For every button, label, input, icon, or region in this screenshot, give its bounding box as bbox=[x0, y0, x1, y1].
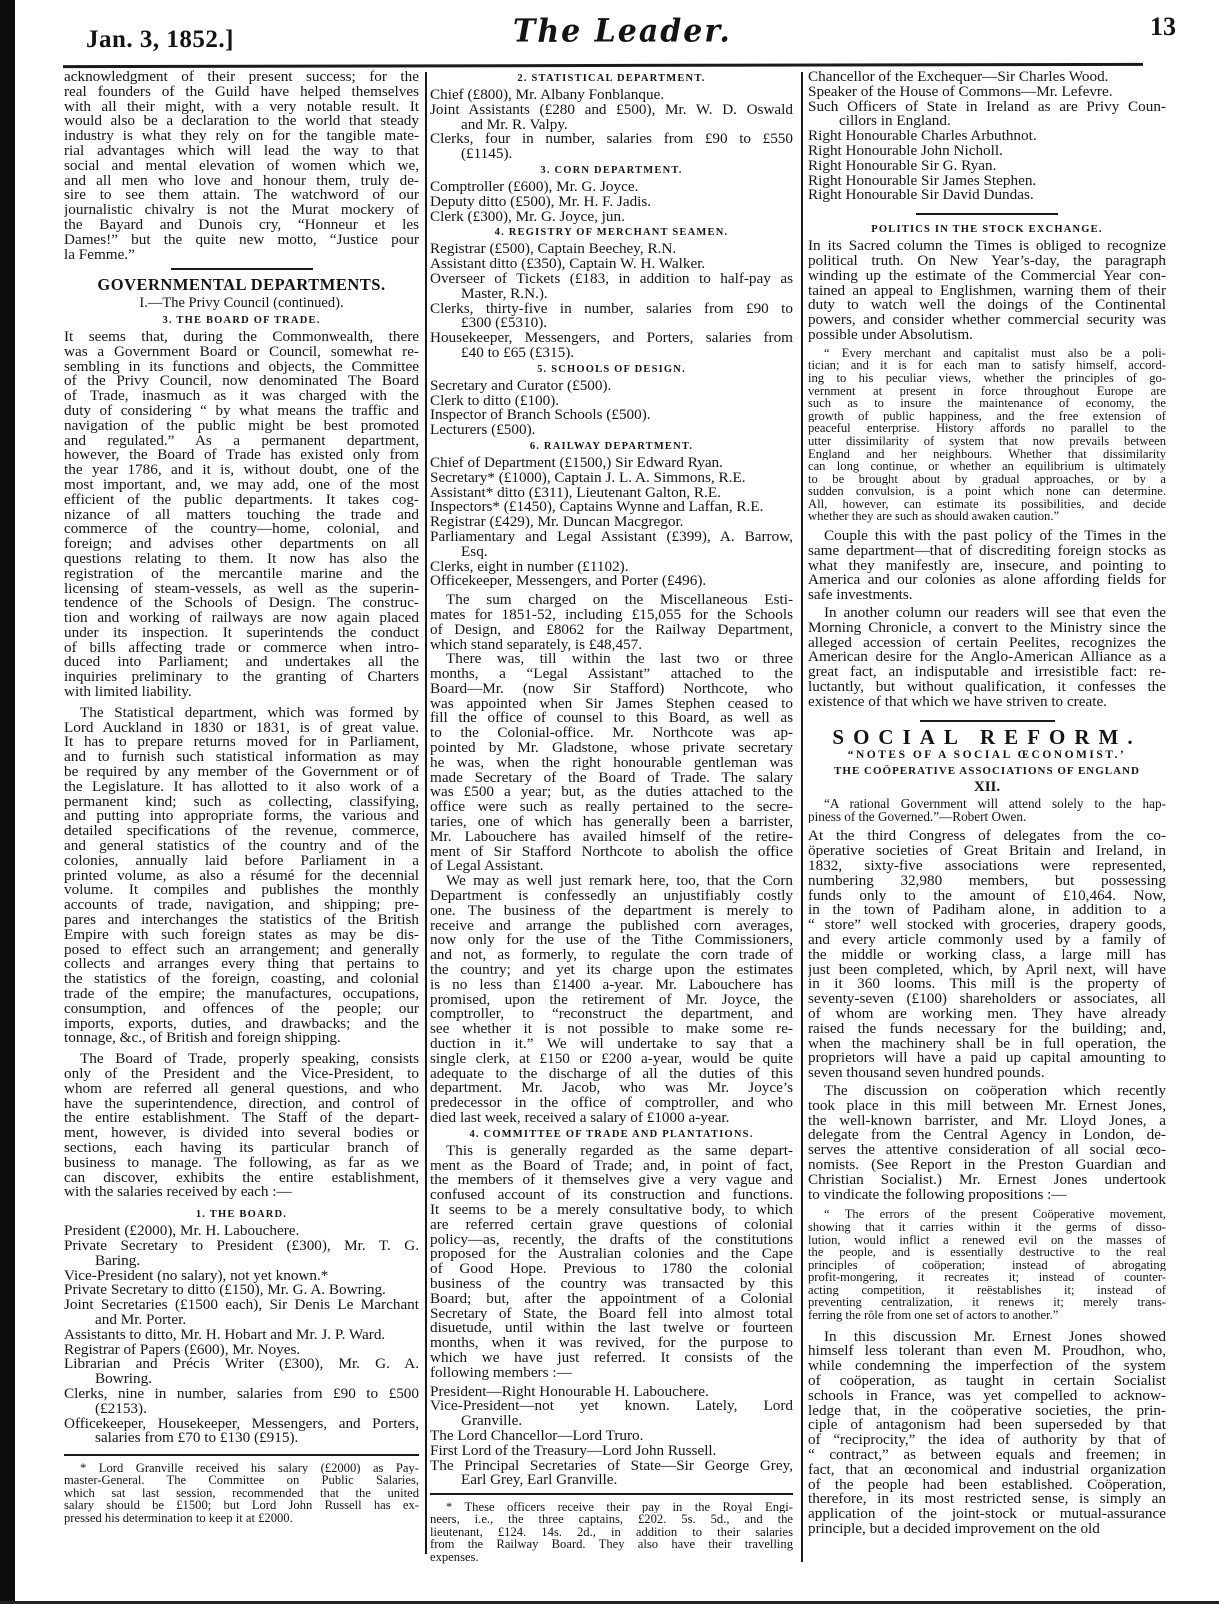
text-line: which we have just referred. It consists… bbox=[430, 1351, 793, 1366]
board-proper-paragraph: The Board of Trade, properly speaking, c… bbox=[64, 1052, 419, 1200]
list-entry: Such Officers of State in Ireland as are… bbox=[808, 100, 1166, 130]
text-line: Board—Mr. (now Sir Stafford) Northcote, … bbox=[430, 682, 793, 697]
text-line: * Lord Granville received his salary (£2… bbox=[64, 1462, 419, 1475]
text-line: duty of considering “ by what means the … bbox=[64, 404, 419, 419]
text-line: and general statistics of the country an… bbox=[64, 839, 419, 854]
list-entry: Speaker of the House of Commons—Mr. Lefe… bbox=[808, 85, 1166, 100]
entry-line: Master, R.N.). bbox=[430, 287, 793, 302]
text-line: see whether it is not possible to make s… bbox=[430, 1022, 793, 1037]
text-line: possible under Absolutism. bbox=[808, 328, 1166, 343]
cooperative-subheading: THE COÖPERATIVE ASSOCIATIONS OF ENGLAND bbox=[808, 764, 1166, 778]
schools-list: Secretary and Curator (£500).Clerk to di… bbox=[430, 379, 793, 438]
text-line: however, the Board of Trade has existed … bbox=[64, 448, 419, 463]
entry-line: Assistants to ditto, Mr. H. Hobart and M… bbox=[64, 1328, 419, 1343]
text-line: which sat last session, recommended that… bbox=[64, 1487, 419, 1500]
text-line: England and her neighbours. Whether that… bbox=[808, 448, 1166, 461]
epigraph: “A rational Government will attend solel… bbox=[808, 798, 1166, 823]
text-line: ciple of antagonism had been superseded … bbox=[808, 1418, 1166, 1433]
text-line: principle, but a decided improvement on … bbox=[808, 1522, 1166, 1537]
text-line: mates for 1851-52, including £15,055 for… bbox=[430, 608, 793, 623]
text-line: proposed for the Australian colonies and… bbox=[430, 1247, 793, 1262]
entry-line: Registrar (£429), Mr. Duncan Macgregor. bbox=[430, 515, 793, 530]
list-entry: Officekeeper, Messengers, and Porter (£4… bbox=[430, 574, 793, 589]
times-quote: “ Every merchant and capitalist must als… bbox=[808, 347, 1166, 523]
entry-line: Officekeeper, Housekeeper, Messengers, a… bbox=[64, 1417, 419, 1432]
the-board-heading: 1. THE BOARD. bbox=[64, 1208, 419, 1222]
text-line: All, however, can estimate its possibili… bbox=[808, 498, 1166, 511]
text-line: ferring the rôle from one set of actors … bbox=[808, 1309, 1166, 1322]
entry-line: Deputy ditto (£500), Mr. H. F. Jadis. bbox=[430, 195, 793, 210]
statistical-list: Chief (£800), Mr. Albany Fonblanque.Join… bbox=[430, 88, 793, 162]
text-line: business to manage. The following, as fa… bbox=[64, 1156, 419, 1171]
entry-line: Chancellor of the Exchequer—Sir Charles … bbox=[808, 70, 1166, 85]
entry-line: Assistant* ditto (£311), Lieutenant Galt… bbox=[430, 486, 793, 501]
text-line: nomists. (See Report in the Preston Guar… bbox=[808, 1158, 1166, 1173]
text-line: expenses. bbox=[430, 1551, 793, 1564]
text-line: fill the office of counsel to this Board… bbox=[430, 711, 793, 726]
text-line: The Board of Trade, properly speaking, c… bbox=[64, 1052, 419, 1067]
text-line: what they manifestly are, insecure, and … bbox=[808, 559, 1166, 574]
text-line: and regulated.” As a permanent departmen… bbox=[64, 434, 419, 449]
text-line: registration of the mercantile marine an… bbox=[64, 567, 419, 582]
text-line: raised the funds necessary for the build… bbox=[808, 1022, 1166, 1037]
entry-line: Right Honourable Sir James Stephen. bbox=[808, 174, 1166, 189]
list-entry: Vice-President—not yet known. Lately, Lo… bbox=[430, 1399, 793, 1429]
entry-line: Chief (£800), Mr. Albany Fonblanque. bbox=[430, 88, 793, 103]
text-line: tician; and it is for each man to satisf… bbox=[808, 359, 1166, 372]
text-line: predecessor in the office of comptroller… bbox=[430, 1096, 793, 1111]
text-line: principles of coöperation; instead of ab… bbox=[808, 1259, 1166, 1272]
entry-line: The Principal Secretaries of State—Sir G… bbox=[430, 1459, 793, 1474]
text-line: of Legal Assistant. bbox=[430, 859, 793, 874]
list-entry: Housekeeper, Messengers, and Porters, sa… bbox=[430, 331, 793, 361]
text-line: sembling in its functions and objects, t… bbox=[64, 360, 419, 375]
discussion-paragraph: The discussion on coöperation which rece… bbox=[808, 1084, 1166, 1202]
text-line: imports, exports, duties, and drawbacks;… bbox=[64, 1017, 419, 1032]
morning-chronicle-paragraph: In another column our readers will see t… bbox=[808, 606, 1166, 710]
entry-line: cillors in England. bbox=[808, 114, 1166, 129]
list-entry: Assistant ditto (£350), Captain W. H. Wa… bbox=[430, 257, 793, 272]
text-line: navigation of the public might be best p… bbox=[64, 419, 419, 434]
entry-line: Lecturers (£500). bbox=[430, 423, 793, 438]
list-entry: Deputy ditto (£500), Mr. H. F. Jadis. bbox=[430, 195, 793, 210]
entry-line: Comptroller (£600), Mr. G. Joyce. bbox=[430, 180, 793, 195]
corn-paragraph: We may as well just remark here, too, th… bbox=[430, 874, 793, 1126]
text-line: sudden convulsion, is a point which none… bbox=[808, 485, 1166, 498]
entry-line: Vice-President—not yet known. Lately, Lo… bbox=[430, 1399, 793, 1414]
text-line: months, when it was revived, for the pur… bbox=[430, 1336, 793, 1351]
text-line: öperative societies of Great Britain and… bbox=[808, 844, 1166, 859]
text-line: proprietors will have a paid up capital … bbox=[808, 1051, 1166, 1066]
text-line: * These officers receive their pay in th… bbox=[430, 1501, 793, 1514]
list-entry: Chief of Department (£1500,) Sir Edward … bbox=[430, 456, 793, 471]
text-line: the members of it themselves give a very… bbox=[430, 1173, 793, 1188]
text-line: utter dissimilarity of system that now p… bbox=[808, 435, 1166, 448]
list-entry: Secretary* (£1000), Captain J. L. A. Sim… bbox=[430, 471, 793, 486]
entry-line: Clerks, four in number, salaries from £9… bbox=[430, 132, 793, 147]
text-line: which stand separately, is £48,457. bbox=[430, 638, 793, 653]
statistical-paragraph: The Statistical department, which was fo… bbox=[64, 706, 419, 1046]
text-line: of coöperation, as taught in certain Soc… bbox=[808, 1374, 1166, 1389]
list-entry: Joint Secretaries (£1500 each), Sir Deni… bbox=[64, 1298, 419, 1328]
list-entry: Clerk to ditto (£100). bbox=[430, 394, 793, 409]
column-3: Chancellor of the Exchequer—Sir Charles … bbox=[808, 70, 1166, 1537]
text-line: 1832, sixty-five associations were repre… bbox=[808, 859, 1166, 874]
text-line: application of the joint-stock or mutual… bbox=[808, 1507, 1166, 1522]
text-line: made Secretary of the Board of Trade. Th… bbox=[430, 771, 793, 786]
text-line: ment, however, is divided into several b… bbox=[64, 1126, 419, 1141]
text-line: pressed his determination to keep it at … bbox=[64, 1512, 419, 1525]
text-line: the country; and yet its charge upon the… bbox=[430, 963, 793, 978]
text-line: posed to effect such an arrangement; and… bbox=[64, 943, 419, 958]
text-line: volume. It compiles and publishes the mo… bbox=[64, 883, 419, 898]
text-line: department. Mr. Jacob, who was Mr. Joyce… bbox=[430, 1081, 793, 1096]
list-entry: Secretary and Curator (£500). bbox=[430, 379, 793, 394]
text-line: be required by any member of the Governm… bbox=[64, 765, 419, 780]
entry-line: Right Honourable John Nicholl. bbox=[808, 144, 1166, 159]
text-line: profit-mongering, it recreates it; inste… bbox=[808, 1271, 1166, 1284]
entry-line: and Mr. Porter. bbox=[64, 1313, 419, 1328]
text-line: Department is confessedly an unjustifiab… bbox=[430, 889, 793, 904]
text-line: It seems to be a merely consultative bod… bbox=[430, 1203, 793, 1218]
text-line: Lord Auckland in 1830 or 1831, is of gre… bbox=[64, 721, 419, 736]
text-line: efficient of the public departments. It … bbox=[64, 493, 419, 508]
list-entry: Right Honourable Sir James Stephen. bbox=[808, 174, 1166, 189]
text-line: inquiries preliminary to the granting of… bbox=[64, 670, 419, 685]
committee-heading: 4. COMMITTEE OF TRADE AND PLANTATIONS. bbox=[430, 1128, 793, 1142]
list-entry: Chief (£800), Mr. Albany Fonblanque. bbox=[430, 88, 793, 103]
list-entry: Private Secretary to ditto (£150), Mr. G… bbox=[64, 1283, 419, 1298]
column-1: acknowledgment of their present success;… bbox=[64, 70, 419, 1525]
text-line: accounts of trade, navigation, and shipp… bbox=[64, 898, 419, 913]
text-line: to be brought about by gradual approache… bbox=[808, 473, 1166, 486]
masthead-title: The Leader. bbox=[513, 13, 732, 50]
text-line: existence of that which we have striven … bbox=[808, 695, 1166, 710]
list-entry: Overseer of Tickets (£183, in addition t… bbox=[430, 272, 793, 302]
entry-line: Secretary and Curator (£500). bbox=[430, 379, 793, 394]
text-line: adequate to the discharge of all the dut… bbox=[430, 1067, 793, 1082]
entry-line: Assistant ditto (£350), Captain W. H. Wa… bbox=[430, 257, 793, 272]
text-line: the entire establishment. The Staff of t… bbox=[64, 1111, 419, 1126]
text-line: licensing of steam-vessels, as well as t… bbox=[64, 582, 419, 597]
text-line: and all men who love and honour them, tr… bbox=[64, 174, 419, 189]
list-entry: Clerk (£300), Mr. G. Joyce, jun. bbox=[430, 210, 793, 225]
text-line: of Good Hope. Previous to 1780 the colon… bbox=[430, 1262, 793, 1277]
intro-paragraph: acknowledgment of their present success;… bbox=[64, 70, 419, 262]
entry-line: Vice-President (no salary), not yet know… bbox=[64, 1269, 419, 1284]
text-line: with all their might, with a very notabl… bbox=[64, 100, 419, 115]
text-line: one. The business of the department is m… bbox=[430, 904, 793, 919]
list-entry: Registrar of Papers (£600), Mr. Noyes. bbox=[64, 1343, 419, 1358]
entry-line: Librarian and Précis Writer (£300), Mr. … bbox=[64, 1357, 419, 1372]
text-line: the statistics of the foreign, coasting,… bbox=[64, 972, 419, 987]
text-line: to the Colonial-office. Mr. Northcote wa… bbox=[430, 726, 793, 741]
text-line: delegate from the Central Agency in Lond… bbox=[808, 1128, 1166, 1143]
text-line: can long continue, or whether an equilib… bbox=[808, 460, 1166, 473]
text-line: of Design, and £8062 for the Railway Dep… bbox=[430, 623, 793, 638]
entry-line: Inspectors* (£1450), Captains Wynne and … bbox=[430, 500, 793, 515]
entry-line: Housekeeper, Messengers, and Porters, sa… bbox=[430, 331, 793, 346]
text-line: and not, as formerly, to regulate the co… bbox=[430, 948, 793, 963]
list-entry: Registrar (£429), Mr. Duncan Macgregor. bbox=[430, 515, 793, 530]
text-line: most important, and, we may add, one of … bbox=[64, 478, 419, 493]
text-line: seven thousand seven hundred pounds. bbox=[808, 1066, 1166, 1081]
list-entry: President—Right Honourable H. Labouchere… bbox=[430, 1385, 793, 1400]
footnote: * Lord Granville received his salary (£2… bbox=[64, 1462, 419, 1525]
text-line: America and our colonies as alone afford… bbox=[808, 573, 1166, 588]
text-line: ledge that, in the coöperative societies… bbox=[808, 1404, 1166, 1419]
railway-heading: 6. RAILWAY DEPARTMENT. bbox=[430, 440, 793, 454]
text-line: months, a “Legal Assistant” attached to … bbox=[430, 667, 793, 682]
column-2: 2. STATISTICAL DEPARTMENT. Chief (£800),… bbox=[430, 70, 793, 1564]
entry-line: Baring. bbox=[64, 1254, 419, 1269]
text-line: died last week, received a salary of £10… bbox=[430, 1111, 793, 1126]
text-line: single clerk, at £150 or £200 a-year, wo… bbox=[430, 1052, 793, 1067]
entry-line: Bowring. bbox=[64, 1372, 419, 1387]
entry-line: Clerks, eight in number (£1102). bbox=[430, 560, 793, 575]
text-line: Christian Socialist.) Mr. Ernest Jones u… bbox=[808, 1173, 1166, 1188]
text-line: whether they are such as should awaken c… bbox=[808, 510, 1166, 523]
committee-paragraph: This is generally regarded as the same d… bbox=[430, 1144, 793, 1381]
entry-line: Clerks, thirty-five in number, salaries … bbox=[430, 302, 793, 317]
stock-exchange-paragraph: In its Sacred column the Times is oblige… bbox=[808, 239, 1166, 343]
entry-line: Clerks, nine in number, salaries from £9… bbox=[64, 1387, 419, 1402]
text-line: the middle or working class, a large mil… bbox=[808, 948, 1166, 963]
text-line: “ The errors of the present Coöperative … bbox=[808, 1208, 1166, 1221]
list-entry: The Principal Secretaries of State—Sir G… bbox=[430, 1459, 793, 1489]
text-line: the year 1786, and it is, without doubt,… bbox=[64, 463, 419, 478]
registry-list: Registrar (£500), Captain Beechey, R.N.A… bbox=[430, 242, 793, 360]
text-line: ment of Sir Stafford Northcote to abolis… bbox=[430, 845, 793, 860]
list-entry: Clerks, thirty-five in number, salaries … bbox=[430, 302, 793, 332]
text-line: Secretary of State, the Board fell into … bbox=[430, 1307, 793, 1322]
text-line: business of the country was transacted b… bbox=[430, 1277, 793, 1292]
footnote-rule bbox=[430, 1493, 793, 1495]
board-of-trade-paragraph: It seems that, during the Commonwealth, … bbox=[64, 330, 419, 700]
list-entry: Officekeeper, Housekeeper, Messengers, a… bbox=[64, 1417, 419, 1447]
text-line: of “reciprocity,” the idea of authority … bbox=[808, 1433, 1166, 1448]
text-line: duty to watch well the doings of the Con… bbox=[808, 298, 1166, 313]
text-line: political truth. On New Year’s-day, the … bbox=[808, 254, 1166, 269]
entry-line: Private Secretary to President (£300), M… bbox=[64, 1239, 419, 1254]
text-line: In another column our readers will see t… bbox=[808, 606, 1166, 621]
text-line: to vindicate the following propositions … bbox=[808, 1188, 1166, 1203]
text-line: comptroller, to “reconstruct the departm… bbox=[430, 1007, 793, 1022]
entry-line: £300 (£5310). bbox=[430, 316, 793, 331]
text-line: acknowledgment of their present success;… bbox=[64, 70, 419, 85]
text-line: peaceful enterprise. History affords no … bbox=[808, 422, 1166, 435]
text-line: Mr. Labouchere has availed himself of th… bbox=[430, 830, 793, 845]
sum-paragraph: The sum charged on the Miscellaneous Est… bbox=[430, 593, 793, 652]
text-line: commerce of the country—home, colonial, … bbox=[64, 522, 419, 537]
entry-line: (£1145). bbox=[430, 147, 793, 162]
text-line: receive and arrange the published corn a… bbox=[430, 919, 793, 934]
entry-line: Clerk to ditto (£100). bbox=[430, 394, 793, 409]
entry-line: President—Right Honourable H. Labouchere… bbox=[430, 1385, 793, 1400]
text-line: and every article commonly used by a fam… bbox=[808, 933, 1166, 948]
text-line: There was, till within the last two or t… bbox=[430, 652, 793, 667]
statistical-heading: 2. STATISTICAL DEPARTMENT. bbox=[430, 72, 793, 86]
text-line: rial advantages which will lead the way … bbox=[64, 144, 419, 159]
text-line: permanent kind; such as collecting, clas… bbox=[64, 795, 419, 810]
entry-line: Chief of Department (£1500,) Sir Edward … bbox=[430, 456, 793, 471]
text-line: collects and arranges every thing that p… bbox=[64, 957, 419, 972]
list-entry: Registrar (£500), Captain Beechey, R.N. bbox=[430, 242, 793, 257]
footnote-rule bbox=[64, 1454, 419, 1456]
text-line: “ store” well stocked with groceries, dr… bbox=[808, 918, 1166, 933]
text-line: Board; but, after the appointment of a C… bbox=[430, 1292, 793, 1307]
entry-line: Inspector of Branch Schools (£500). bbox=[430, 408, 793, 423]
text-line: would also be a declaration to the world… bbox=[64, 114, 419, 129]
text-line: and to furnish such statistical informat… bbox=[64, 750, 419, 765]
list-entry: Inspector of Branch Schools (£500). bbox=[430, 408, 793, 423]
list-entry: President (£2000), Mr. H. Labouchere. bbox=[64, 1224, 419, 1239]
list-entry: Chancellor of the Exchequer—Sir Charles … bbox=[808, 70, 1166, 85]
text-line: duced into Parliament; and undertakes al… bbox=[64, 655, 419, 670]
text-line: numbering 32,980 members, but possessing bbox=[808, 874, 1166, 889]
list-entry: Private Secretary to President (£300), M… bbox=[64, 1239, 419, 1269]
text-line: in it 360 looms. This mill is the proper… bbox=[808, 977, 1166, 992]
text-line: the well-known barrister, and Mr. Lloyd … bbox=[808, 1114, 1166, 1129]
text-line: tendence of the Schools of Design. The c… bbox=[64, 596, 419, 611]
issue-date: Jan. 3, 1852.] bbox=[86, 26, 234, 54]
list-entry: Clerks, eight in number (£1102). bbox=[430, 560, 793, 575]
text-line: sire to see them attain. The watchword o… bbox=[64, 188, 419, 203]
text-line: “ contract,” as between equals and freem… bbox=[808, 1448, 1166, 1463]
the-board-list: President (£2000), Mr. H. Labouchere.Pri… bbox=[64, 1224, 419, 1446]
text-line: growth of public happiness, and the free… bbox=[808, 410, 1166, 423]
entry-line: President (£2000), Mr. H. Labouchere. bbox=[64, 1224, 419, 1239]
list-entry: Right Honourable John Nicholl. bbox=[808, 144, 1166, 159]
list-entry: Inspectors* (£1450), Captains Wynne and … bbox=[430, 500, 793, 515]
text-line: duction in it.” We will undertake to say… bbox=[430, 1037, 793, 1052]
column-divider-2 bbox=[801, 72, 803, 1562]
notes-subheading: “NOTES OF A SOCIAL ŒCONOMIST.’ bbox=[808, 748, 1166, 762]
page-header: Jan. 3, 1852.] The Leader. 13 bbox=[0, 0, 1219, 70]
text-line: We may as well just remark here, too, th… bbox=[430, 874, 793, 889]
members-continued-list: Chancellor of the Exchequer—Sir Charles … bbox=[808, 70, 1166, 203]
congress-paragraph: At the third Congress of delegates from … bbox=[808, 829, 1166, 1081]
text-line: tion and working of railways are now aga… bbox=[64, 611, 419, 626]
column-divider-1 bbox=[425, 72, 427, 1554]
text-line: pares and interchanges the statistics of… bbox=[64, 913, 419, 928]
text-line: sections, each having its particular bra… bbox=[64, 1141, 419, 1156]
text-line: serves the attentive consideration of al… bbox=[808, 1143, 1166, 1158]
entry-line: Right Honourable Sir David Dundas. bbox=[808, 188, 1166, 203]
text-line: are referred certain grave questions of … bbox=[430, 1218, 793, 1233]
text-line: lution, would inflict a renewed evil on … bbox=[808, 1234, 1166, 1247]
entry-line: Secretary* (£1000), Captain J. L. A. Sim… bbox=[430, 471, 793, 486]
text-line: alleged accession of certain Peelites, r… bbox=[808, 636, 1166, 651]
scan-left-edge bbox=[0, 0, 15, 1604]
entry-line: Esq. bbox=[430, 545, 793, 560]
list-entry: Assistants to ditto, Mr. H. Hobart and M… bbox=[64, 1328, 419, 1343]
text-line: under its inspection. It superintends th… bbox=[64, 626, 419, 641]
entry-line: Officekeeper, Messengers, and Porter (£4… bbox=[430, 574, 793, 589]
entry-line: £40 to £65 (£315). bbox=[430, 346, 793, 361]
text-line: The Statistical department, which was fo… bbox=[64, 706, 419, 721]
text-line: detailed specifications of the revenue, … bbox=[64, 824, 419, 839]
list-entry: Assistant* ditto (£311), Lieutenant Galt… bbox=[430, 486, 793, 501]
list-entry: Vice-President (no salary), not yet know… bbox=[64, 1269, 419, 1284]
entry-line: Parliamentary and Legal Assistant (£399)… bbox=[430, 530, 793, 545]
railway-list: Chief of Department (£1500,) Sir Edward … bbox=[430, 456, 793, 589]
entry-line: Joint Secretaries (£1500 each), Sir Deni… bbox=[64, 1298, 419, 1313]
entry-line: Registrar of Papers (£600), Mr. Noyes. bbox=[64, 1343, 419, 1358]
text-line: It seems that, during the Commonwealth, … bbox=[64, 330, 419, 345]
text-line: following members :— bbox=[430, 1366, 793, 1381]
text-line: social and mental elevation of women whi… bbox=[64, 159, 419, 174]
text-line: At the third Congress of delegates from … bbox=[808, 829, 1166, 844]
article-number: XII. bbox=[808, 780, 1166, 795]
list-entry: Clerks, nine in number, salaries from £9… bbox=[64, 1387, 419, 1417]
text-line: It has to prepare returns moved for in P… bbox=[64, 735, 419, 750]
text-line: while condemning the imperfection of the… bbox=[808, 1359, 1166, 1374]
text-line: acting competition, it reëstablishes it;… bbox=[808, 1284, 1166, 1297]
text-line: is no less than £1400 a-year. Mr. Labouc… bbox=[430, 978, 793, 993]
text-line: of the people had been established. Coöp… bbox=[808, 1478, 1166, 1493]
text-line: office were such as really pertained to … bbox=[430, 800, 793, 815]
text-line: vernment at present in force throughout … bbox=[808, 385, 1166, 398]
text-line: ment as the Board of Trade; and, in poin… bbox=[430, 1159, 793, 1174]
section-rule bbox=[920, 720, 1055, 722]
entry-line: Registrar (£500), Captain Beechey, R.N. bbox=[430, 242, 793, 257]
text-line: luctantly, but without qualification, it… bbox=[808, 680, 1166, 695]
entry-line: Private Secretary to ditto (£150), Mr. G… bbox=[64, 1283, 419, 1298]
text-line: himself less tolerant than even M. Proud… bbox=[808, 1344, 1166, 1359]
corn-list: Comptroller (£600), Mr. G. Joyce.Deputy … bbox=[430, 180, 793, 224]
text-line: trade of the empire; the manufactures, o… bbox=[64, 987, 419, 1002]
registry-heading: 4. REGISTRY OF MERCHANT SEAMEN. bbox=[430, 226, 793, 240]
stock-exchange-heading: POLITICS IN THE STOCK EXCHANGE. bbox=[808, 223, 1166, 237]
list-entry: Librarian and Précis Writer (£300), Mr. … bbox=[64, 1357, 419, 1387]
section-title: GOVERNMENTAL DEPARTMENTS. bbox=[64, 278, 419, 293]
text-line: with the salaries received by each :— bbox=[64, 1185, 419, 1200]
text-line: “ Every merchant and capitalist must als… bbox=[808, 347, 1166, 360]
footnote: * These officers receive their pay in th… bbox=[430, 1501, 793, 1564]
section-rule bbox=[171, 268, 313, 270]
text-line: therefore, in its most restricted sense,… bbox=[808, 1492, 1166, 1507]
entry-line: Right Honourable Sir G. Ryan. bbox=[808, 159, 1166, 174]
text-line: only of the President and the Vice-Presi… bbox=[64, 1067, 419, 1082]
entry-line: The Lord Chancellor—Lord Truro. bbox=[430, 1429, 793, 1444]
text-line: Dames!” but the quite new motto, “Justic… bbox=[64, 233, 419, 248]
list-entry: First Lord of the Treasury—Lord John Rus… bbox=[430, 1444, 793, 1459]
text-line: with limited liability. bbox=[64, 685, 419, 700]
text-line: questions relating to them. It now has a… bbox=[64, 552, 419, 567]
text-line: real founders of the Guild have helped t… bbox=[64, 85, 419, 100]
list-entry: The Lord Chancellor—Lord Truro. bbox=[430, 1429, 793, 1444]
text-line: disuetude, until within the last twelve … bbox=[430, 1321, 793, 1336]
text-line: fact, that an œconomical and industrial … bbox=[808, 1463, 1166, 1478]
text-line: was £500 a year; but, as the duties atta… bbox=[430, 785, 793, 800]
list-entry: Joint Assistants (£280 and £500), Mr. W.… bbox=[430, 103, 793, 133]
entry-line: Clerk (£300), Mr. G. Joyce, jun. bbox=[430, 210, 793, 225]
text-line: from the Railway Board. They also have t… bbox=[430, 1538, 793, 1551]
text-line: consumption, and offences of the people;… bbox=[64, 1002, 419, 1017]
text-line: pointed by Mr. Gladstone, whose private … bbox=[430, 741, 793, 756]
schools-heading: 5. SCHOOLS OF DESIGN. bbox=[430, 363, 793, 377]
page-number: 13 bbox=[1150, 12, 1176, 42]
text-line: when the machinery shall be in full oper… bbox=[808, 1037, 1166, 1052]
text-line: safe investments. bbox=[808, 588, 1166, 603]
entry-line: Granville. bbox=[430, 1414, 793, 1429]
text-line: In this discussion Mr. Ernest Jones show… bbox=[808, 1330, 1166, 1345]
text-line: now only for the use of the Tithe Commis… bbox=[430, 933, 793, 948]
text-line: American desire for the Anglo-American A… bbox=[808, 650, 1166, 665]
entry-line: Earl Grey, Earl Granville. bbox=[430, 1473, 793, 1488]
text-line: “A rational Government will attend solel… bbox=[808, 798, 1166, 811]
